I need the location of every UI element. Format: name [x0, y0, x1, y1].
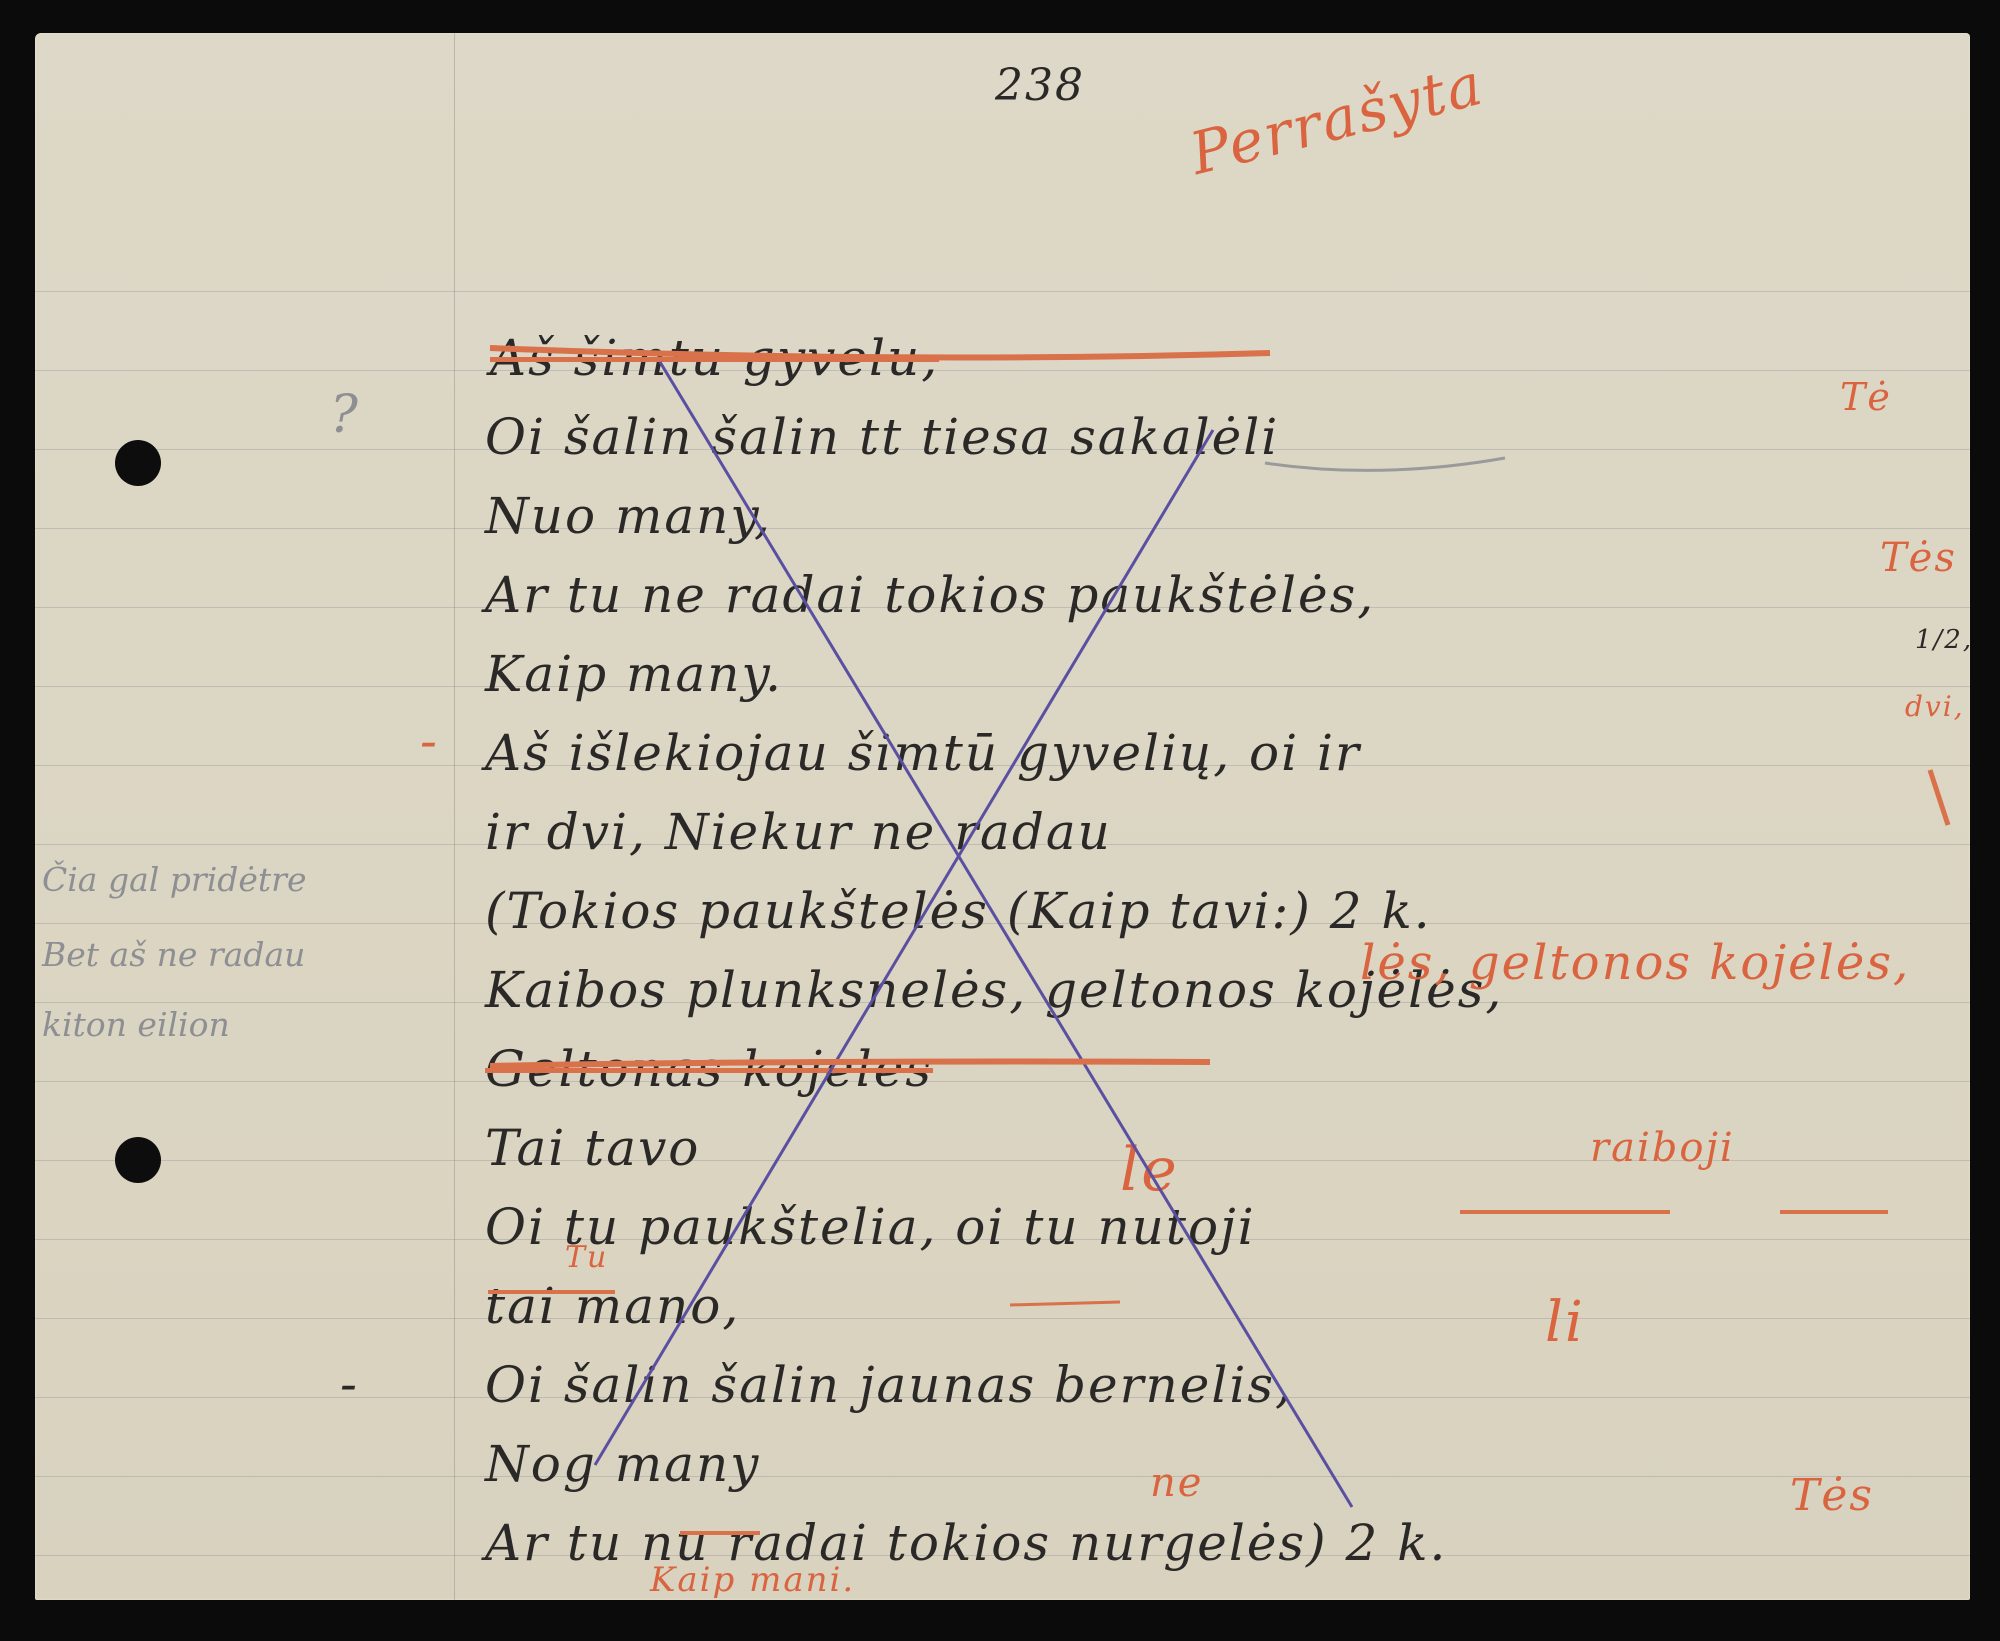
song-line-8: (Tokios paukštelės (Kaip tavi:) 2 k. — [485, 881, 1432, 941]
margin-dash-red: - — [420, 712, 439, 770]
ruled-line — [35, 291, 1970, 292]
song-line-13: tai mano, — [485, 1276, 740, 1336]
red-insert-tes-final: Tės — [1790, 1470, 1874, 1521]
ruled-line — [35, 1081, 1970, 1082]
ruled-line — [35, 370, 1970, 371]
red-insert-tes: Tės — [1880, 535, 1957, 581]
song-line-4: Ar tu ne radai tokios paukštėlės, — [485, 565, 1375, 625]
red-insert-raiboji: raiboji — [1590, 1125, 1735, 1171]
pencil-note-line-3: kiton eilion — [42, 1005, 230, 1044]
song-line-7: ir dvi, Niekur ne radau — [485, 802, 1112, 862]
ruled-line — [35, 1318, 1970, 1319]
song-line-3: Nuo many, — [485, 486, 772, 546]
ruled-line — [35, 528, 1970, 529]
pencil-note-line-1: Čia gal pridėtre — [42, 860, 306, 899]
ruled-line — [35, 1476, 1970, 1477]
red-insert-tu: Tu — [565, 1240, 608, 1275]
red-insert-le: le — [1120, 1135, 1179, 1205]
red-margin-dvi: dvi, — [1905, 690, 1965, 723]
song-line-16: Ar tu nu radai tokios nurgelės) 2 k. — [485, 1513, 1447, 1573]
song-line-15: Nog many — [485, 1434, 760, 1494]
song-line-6: Aš išlekiojau šimtū gyvelių, oi ir — [485, 723, 1361, 783]
song-line-11: Tai tavo — [485, 1118, 700, 1178]
red-insert-ne: ne — [1150, 1460, 1203, 1506]
song-line-10: Geltonas kojeles — [485, 1039, 933, 1099]
song-line-14: Oi šalin šalin jaunas bernelis, — [485, 1355, 1293, 1415]
song-line-1: Aš šimtu gyvelu, — [490, 328, 939, 388]
margin-dash-ink: - — [340, 1355, 359, 1413]
punch-hole-bottom — [115, 1137, 161, 1183]
song-line-5: Kaip many. — [485, 644, 783, 704]
page-number: 238 — [995, 60, 1085, 111]
red-insert-kaip-mani: Kaip mani. — [650, 1560, 855, 1600]
red-insert-geltonos: lės, geltonos kojėlės, — [1360, 935, 1910, 991]
punch-hole-top — [115, 440, 161, 486]
margin-fraction: 1/2, — [1915, 625, 1973, 655]
margin-rule — [454, 33, 455, 1600]
song-line-2: Oi šalin šalin tt tiesa sakalėli — [485, 407, 1279, 467]
song-line-9: Kaibos plunksnelės, geltonos kojėlės, — [485, 960, 1503, 1020]
ruled-line — [35, 686, 1970, 687]
margin-question-mark: ? — [330, 385, 360, 445]
red-insert-te: Tė — [1840, 375, 1892, 419]
red-insert-li: li — [1545, 1290, 1585, 1355]
pencil-note-line-2: Bet aš ne radau — [42, 935, 305, 974]
